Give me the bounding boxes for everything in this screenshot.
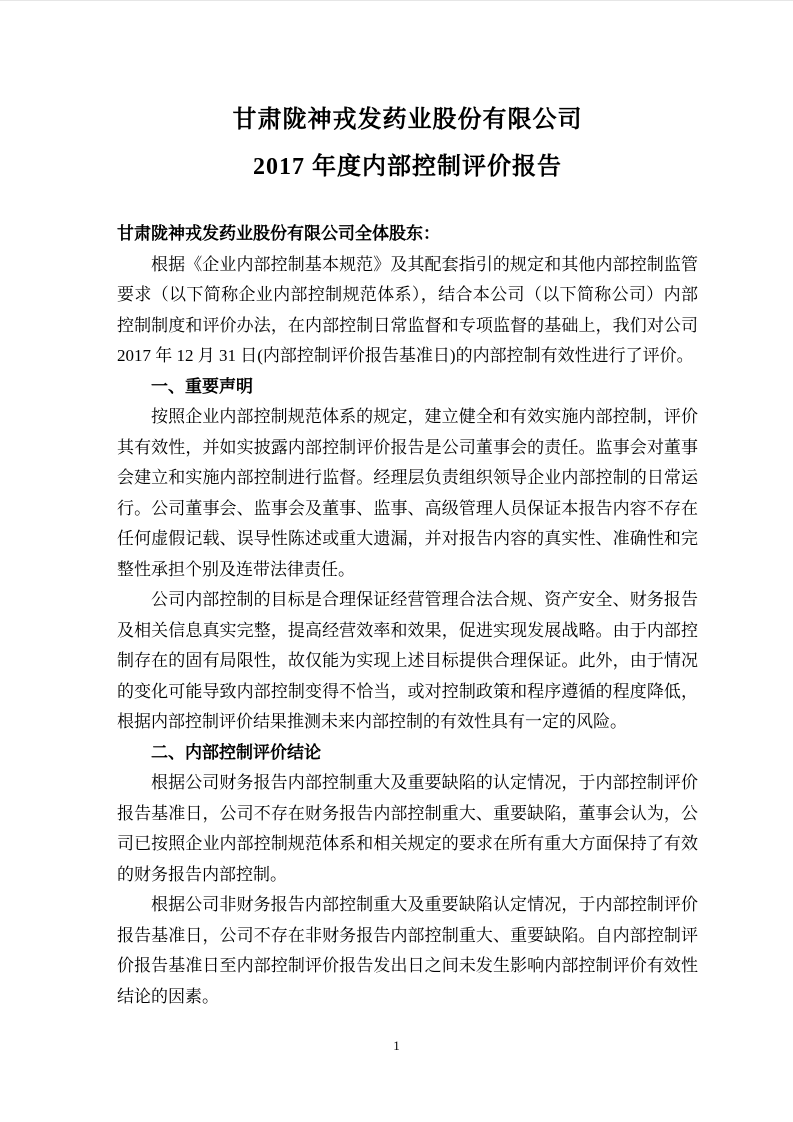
report-page: 甘肃陇神戎发药业股份有限公司 2017 年度内部控制评价报告 甘肃陇神戎发药业股… [0, 0, 793, 1122]
salutation-line: 甘肃陇神戎发药业股份有限公司全体股东： [117, 219, 698, 250]
report-title: 甘肃陇神戎发药业股份有限公司 2017 年度内部控制评价报告 [117, 97, 698, 191]
report-title-subject: 2017 年度内部控制评价报告 [117, 144, 698, 191]
section-1-heading: 一、重要声明 [117, 372, 698, 403]
section-2-paragraph-2: 根据公司非财务报告内部控制重大及重要缺陷认定情况，于内部控制评价报告基准日，公司… [117, 890, 698, 1012]
intro-paragraph: 根据《企业内部控制基本规范》及其配套指引的规定和其他内部控制监管要求（以下简称企… [117, 250, 698, 372]
section-1-paragraph-1: 按照企业内部控制规范体系的规定，建立健全和有效实施内部控制，评价其有效性，并如实… [117, 402, 698, 585]
page-number: 1 [0, 1037, 793, 1055]
report-title-company: 甘肃陇神戎发药业股份有限公司 [117, 97, 698, 144]
section-1-paragraph-2: 公司内部控制的目标是合理保证经营管理合法合规、资产安全、财务报告及相关信息真实完… [117, 585, 698, 738]
report-content: 甘肃陇神戎发药业股份有限公司 2017 年度内部控制评价报告 甘肃陇神戎发药业股… [117, 97, 698, 1012]
section-2-heading: 二、内部控制评价结论 [117, 738, 698, 769]
section-2-paragraph-1: 根据公司财务报告内部控制重大及重要缺陷的认定情况，于内部控制评价报告基准日，公司… [117, 768, 698, 890]
